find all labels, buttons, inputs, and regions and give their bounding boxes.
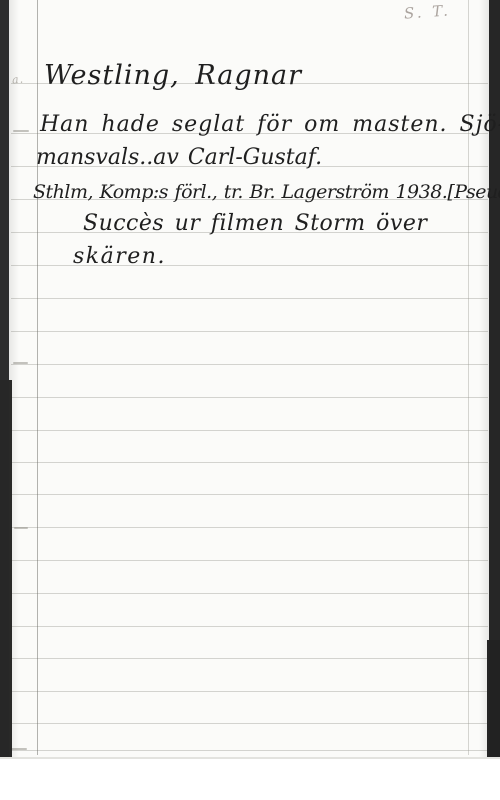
ruled-line bbox=[11, 626, 488, 627]
ruled-line bbox=[11, 658, 488, 659]
pencil-margin-mark: a. bbox=[11, 72, 24, 86]
ruled-line bbox=[11, 430, 488, 431]
ruled-line bbox=[11, 331, 488, 332]
ruled-line bbox=[11, 723, 488, 724]
card-note-line: Succès ur filmen Storm över bbox=[83, 213, 427, 235]
ruled-line bbox=[11, 397, 488, 398]
ruled-line bbox=[11, 462, 488, 463]
scanned-page: S. T. a. Westling, Ragnar Han hade segla… bbox=[0, 0, 500, 800]
ruled-line bbox=[11, 527, 488, 528]
card-edge-shadow-left bbox=[9, 0, 19, 757]
ruled-line bbox=[11, 691, 488, 692]
card-heading-author: Westling, Ragnar bbox=[44, 62, 302, 89]
catalog-card: S. T. a. Westling, Ragnar Han hade segla… bbox=[0, 0, 500, 759]
ruled-line bbox=[11, 750, 488, 751]
card-body-line: Han hade seglat för om masten. Sjö- bbox=[40, 114, 500, 136]
card-imprint-line: Sthlm, Komp:s förl., tr. Br. Lagerström … bbox=[33, 183, 500, 202]
ruled-line bbox=[11, 364, 488, 365]
corner-shelf-note: S. T. bbox=[403, 1, 451, 22]
ruled-line bbox=[11, 593, 488, 594]
card-note-line: skären. bbox=[73, 246, 166, 268]
ruled-line bbox=[11, 494, 488, 495]
ruled-line bbox=[11, 560, 488, 561]
margin-line-main bbox=[37, 0, 38, 755]
ruled-line bbox=[11, 298, 488, 299]
card-body-line: mansvals..av Carl-Gustaf. bbox=[36, 147, 322, 169]
